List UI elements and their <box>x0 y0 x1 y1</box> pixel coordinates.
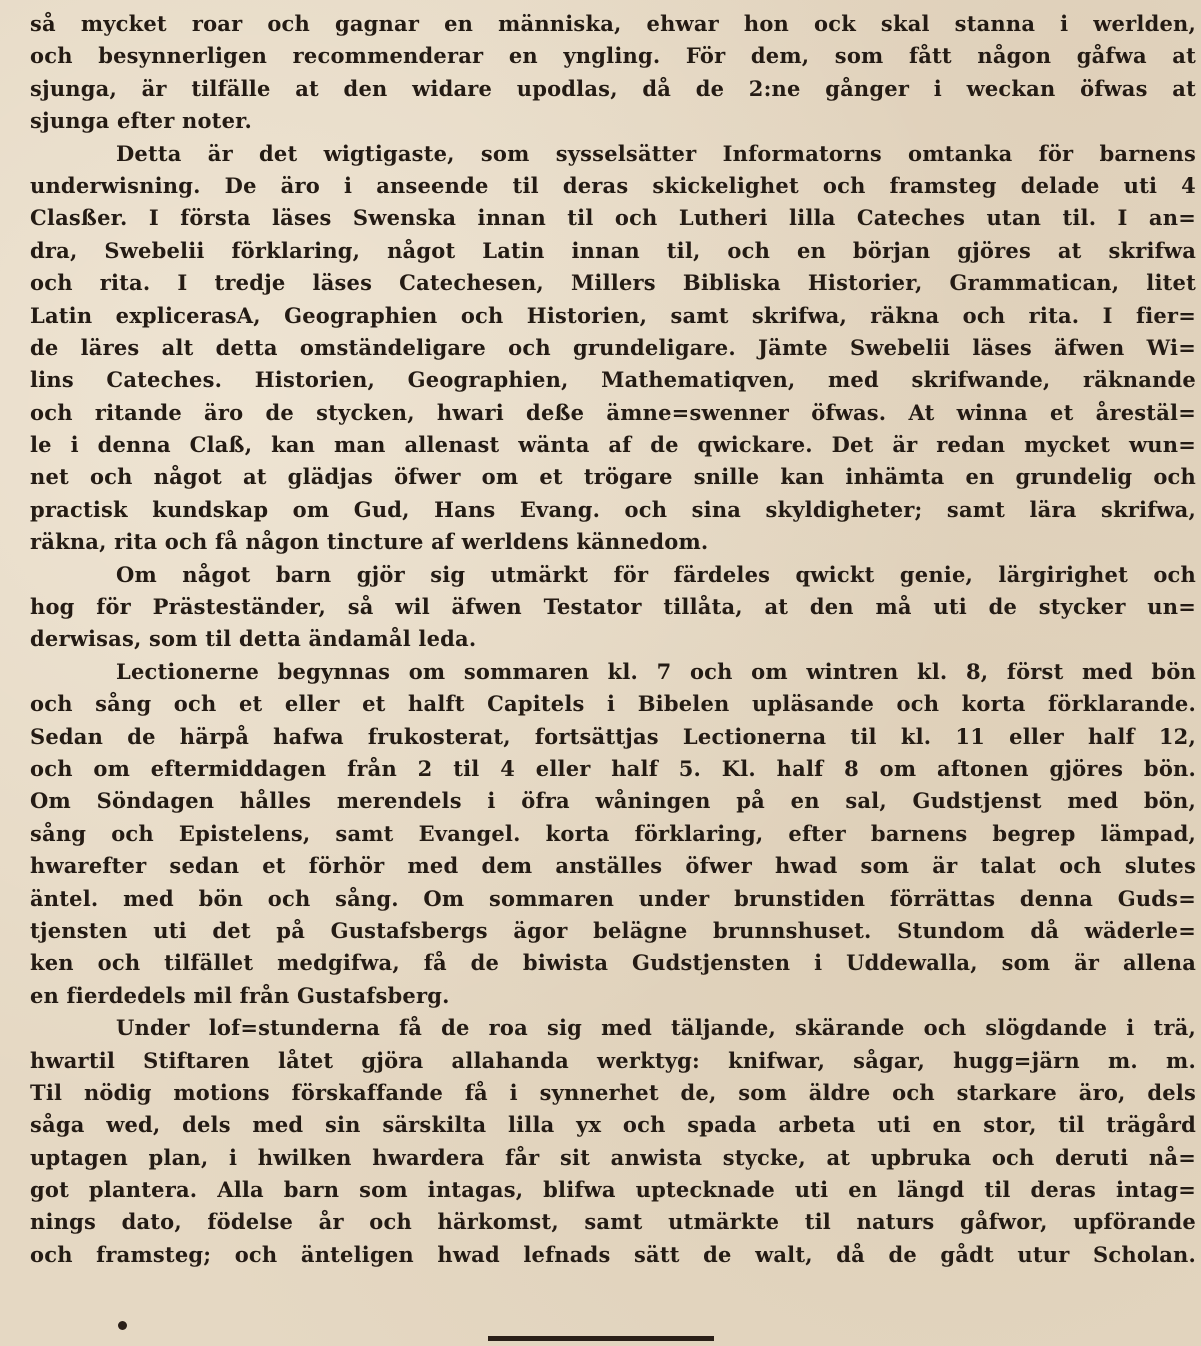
text-line: sjunga efter noter. <box>30 105 1196 137</box>
text-line: lins Cateches. Historien, Geographien, M… <box>30 364 1196 396</box>
text-line: Under lof=stunderna få de roa sig med tä… <box>30 1012 1196 1044</box>
document-page: så mycket roar och gagnar en människa, e… <box>30 8 1196 1271</box>
text-line: Om något barn gjör sig utmärkt för färde… <box>30 559 1196 591</box>
text-line: hwartil Stiftaren låtet gjöra allahanda … <box>30 1045 1196 1077</box>
paragraph-4: Lectionerne begynnas om sommaren kl. 7 o… <box>30 656 1196 1012</box>
text-line: uptagen plan, i hwilken hwardera får sit… <box>30 1142 1196 1174</box>
text-line: räkna, rita och få någon tincture af wer… <box>30 526 1196 558</box>
text-line: net och något at glädjas öfwer om et trö… <box>30 461 1196 493</box>
text-line: practisk kundskap om Gud, Hans Evang. oc… <box>30 494 1196 526</box>
text-line: äntel. med bön och sång. Om sommaren und… <box>30 883 1196 915</box>
text-line: sjunga, är tilfälle at den widare upodla… <box>30 73 1196 105</box>
text-line: hog för Prästeständer, så wil äfwen Test… <box>30 591 1196 623</box>
text-line: underwisning. De äro i anseende til dera… <box>30 170 1196 202</box>
text-line: ken och tilfället medgifwa, få de biwist… <box>30 947 1196 979</box>
text-line: en fierdedels mil från Gustafsberg. <box>30 980 1196 1012</box>
bullet-mark <box>118 1321 127 1330</box>
text-line: dra, Swebelii förklaring, något Latin in… <box>30 235 1196 267</box>
text-line: Om Söndagen hålles merendels i öfra wåni… <box>30 785 1196 817</box>
paragraph-1: så mycket roar och gagnar en människa, e… <box>30 8 1196 138</box>
text-line: Latin explicerasA, Geographien och Histo… <box>30 300 1196 332</box>
text-line: och framsteg; och änteligen hwad lefnads… <box>30 1239 1196 1271</box>
text-line: de läres alt detta omständeligare och gr… <box>30 332 1196 364</box>
text-line: Detta är det wigtigaste, som sysselsätte… <box>30 138 1196 170</box>
text-line: Clasßer. I första läses Swenska innan ti… <box>30 202 1196 234</box>
text-line: got plantera. Alla barn som intagas, bli… <box>30 1174 1196 1206</box>
text-line: och besynnerligen recommenderar en yngli… <box>30 40 1196 72</box>
text-line: Lectionerne begynnas om sommaren kl. 7 o… <box>30 656 1196 688</box>
paragraph-2: Detta är det wigtigaste, som sysselsätte… <box>30 138 1196 559</box>
paragraph-5: Under lof=stunderna få de roa sig med tä… <box>30 1012 1196 1271</box>
text-line: och om eftermiddagen från 2 til 4 eller … <box>30 753 1196 785</box>
text-line: Til nödig motions förskaffande få i synn… <box>30 1077 1196 1109</box>
text-line: och sång och et eller et halft Capitels … <box>30 688 1196 720</box>
text-line: le i denna Claß, kan man allenast wänta … <box>30 429 1196 461</box>
text-line: hwarefter sedan et förhör med dem anstäl… <box>30 850 1196 882</box>
paragraph-3: Om något barn gjör sig utmärkt för färde… <box>30 559 1196 656</box>
text-line: nings dato, födelse år och härkomst, sam… <box>30 1206 1196 1238</box>
section-end-rule <box>488 1336 714 1341</box>
text-line: sång och Epistelens, samt Evangel. korta… <box>30 818 1196 850</box>
text-line: såga wed, dels med sin särskilta lilla y… <box>30 1109 1196 1141</box>
text-line: och ritande äro de stycken, hwari deße ä… <box>30 397 1196 429</box>
text-line: tjensten uti det på Gustafsbergs ägor be… <box>30 915 1196 947</box>
text-line: så mycket roar och gagnar en människa, e… <box>30 8 1196 40</box>
text-line: och rita. I tredje läses Catechesen, Mil… <box>30 267 1196 299</box>
text-line: derwisas, som til detta ändamål leda. <box>30 623 1196 655</box>
text-line: Sedan de härpå hafwa frukosterat, fortsä… <box>30 721 1196 753</box>
